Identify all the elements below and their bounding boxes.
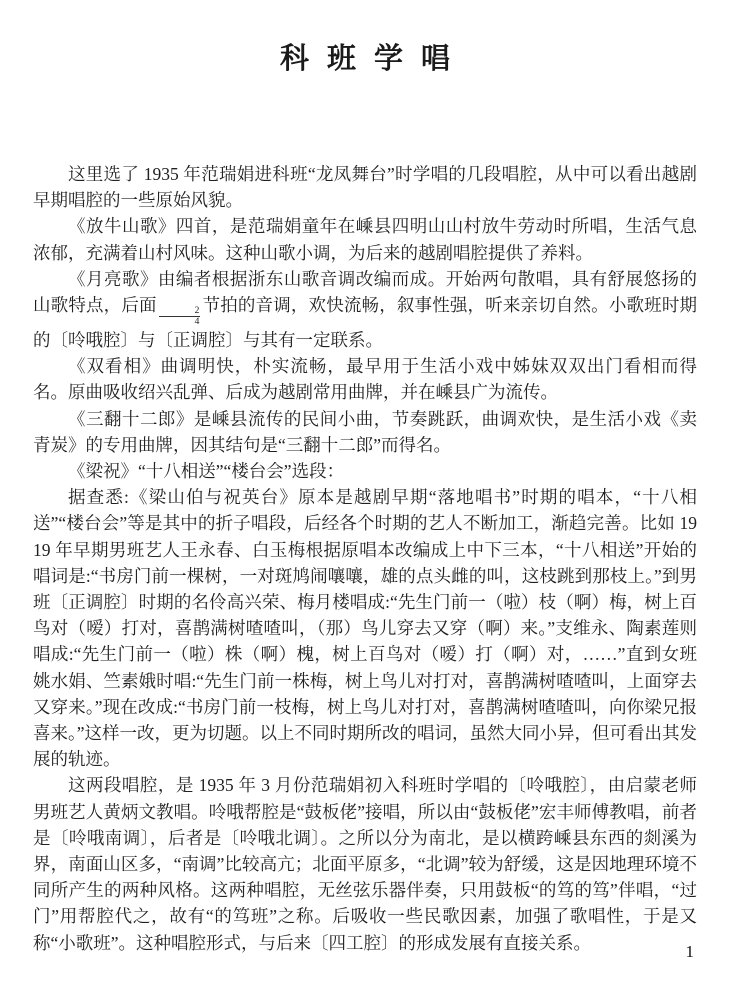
fraction-numerator: 2 [159,306,201,317]
page-number: 1 [686,942,695,962]
time-signature-fraction: 24 [159,306,201,327]
paragraph-liangzhu-history: 据查悉:《梁山伯与祝英台》原本是越剧早期“落地唱书”时期的唱本，“十八相送”“楼… [33,484,697,772]
body-text: 这里选了 1935 年范瑞娟进科班“龙凤舞台”时学唱的几段唱腔，从中可以看出越剧… [33,161,697,956]
paragraph-shuangkanxiang: 《双看相》曲调明快，朴实流畅，最早用于生活小戏中姊妹双双出门看相而得名。原曲吸收… [33,353,697,405]
paragraph-fangniu-shange: 《放牛山歌》四首，是范瑞娟童年在嵊县四明山山村放牛劳动时所唱，生活气息浓郁，充满… [33,213,697,265]
paragraph-liangzhu-heading: 《梁祝》“十八相送”“楼台会”选段： [33,458,697,484]
fraction-denominator: 4 [159,317,201,327]
page-title: 科班学唱 [0,36,730,77]
paragraph-sanfan-shierlang: 《三翻十二郎》是嵊县流传的民间小曲，节奏跳跃，曲调欢快，是生活小戏《卖青炭》的专… [33,406,697,458]
paragraph-yueliang-ge: 《月亮歌》由编者根据浙东山歌音调改编而成。开始两句散唱，具有舒展悠扬的山歌特点，… [33,266,697,353]
paragraph-intro: 这里选了 1935 年范瑞娟进科班“龙凤舞台”时学唱的几段唱腔，从中可以看出越剧… [33,161,697,213]
document-page: 科班学唱 这里选了 1935 年范瑞娟进科班“龙凤舞台”时学唱的几段唱腔，从中可… [0,0,730,990]
paragraph-lingke-qiang: 这两段唱腔，是 1935 年 3 月份范瑞娟初入科班时学唱的〔呤哦腔〕，由启蒙老… [33,772,697,955]
